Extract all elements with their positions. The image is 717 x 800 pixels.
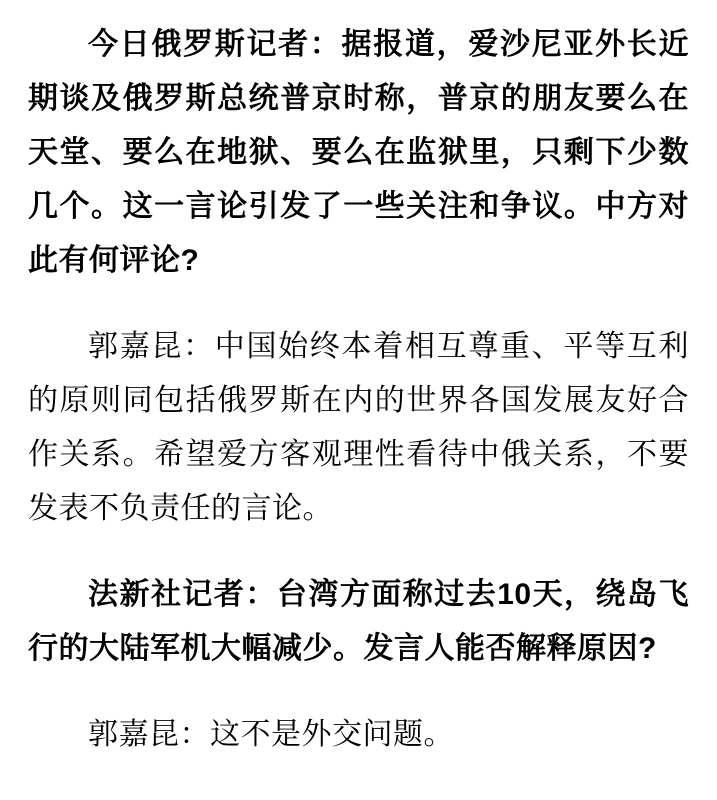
question-paragraph-rt: 今日俄罗斯记者：据报道，爱沙尼亚外长近期谈及俄罗斯总统普京时称，普京的朋友要么在… (28, 18, 689, 288)
answer-paragraph-guojiakun-1: 郭嘉昆：中国始终本着相互尊重、平等互利的原则同包括俄罗斯在内的世界各国发展友好合… (28, 320, 689, 536)
question-paragraph-afp: 法新社记者：台湾方面称过去10天，绕岛飞行的大陆军机大幅减少。发言人能否解释原因… (28, 568, 689, 676)
transcript-page: 今日俄罗斯记者：据报道，爱沙尼亚外长近期谈及俄罗斯总统普京时称，普京的朋友要么在… (0, 0, 717, 800)
answer-paragraph-guojiakun-2: 郭嘉昆：这不是外交问题。 (28, 708, 689, 762)
